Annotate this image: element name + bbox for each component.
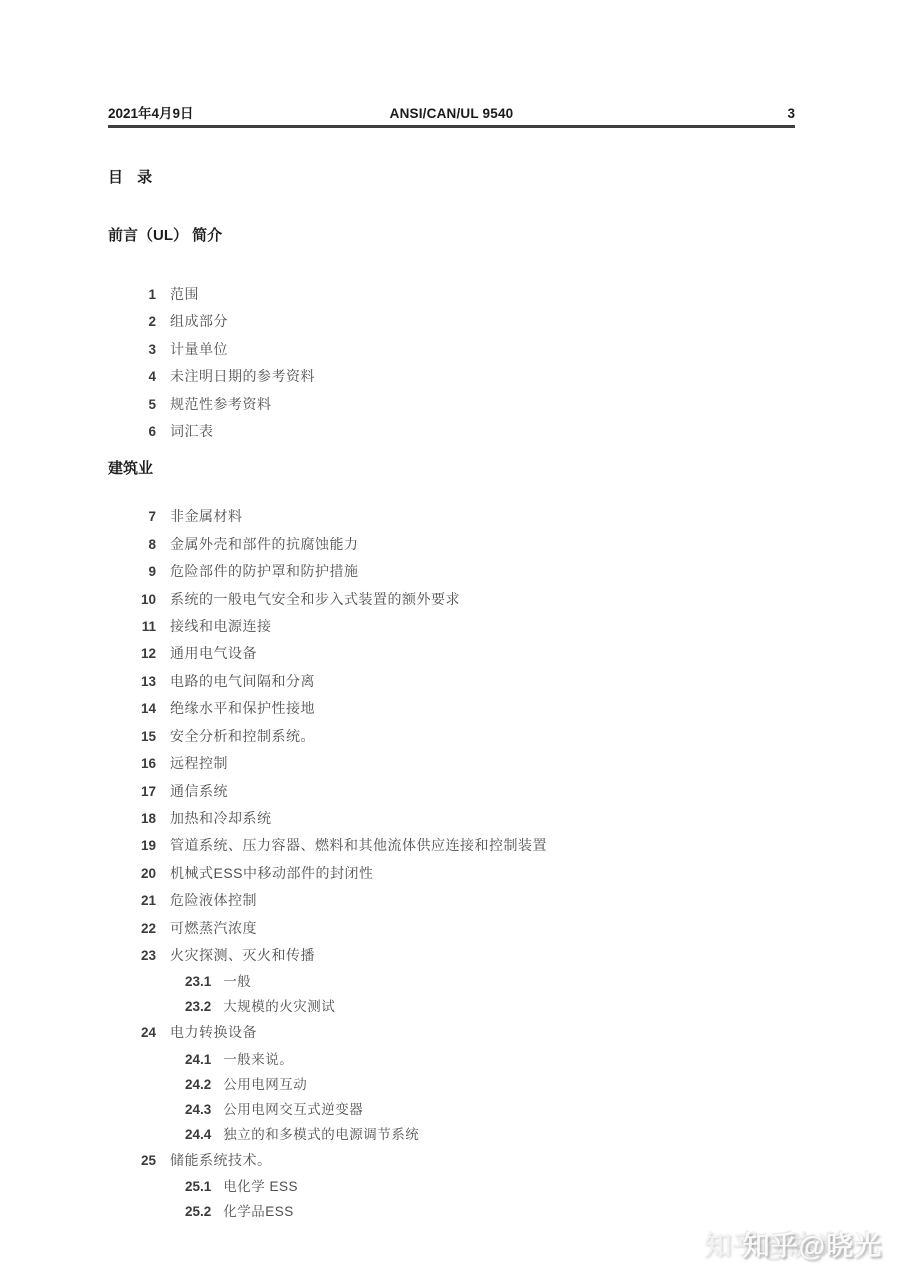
toc-item-label: 一般来说。 [223, 1047, 293, 1072]
toc-item-label: 一般 [223, 969, 251, 994]
toc-item-label: 独立的和多模式的电源调节系统 [223, 1122, 419, 1147]
toc-item: 23.1 一般 [108, 969, 795, 994]
toc-item-label: 系统的一般电气安全和步入式装置的额外要求 [170, 586, 460, 612]
toc-item-number: 23.1 [185, 969, 211, 994]
toc-item-label: 计量单位 [170, 336, 228, 362]
toc-item-label: 词汇表 [170, 418, 214, 444]
page-content: 2021年4月9日 ANSI/CAN/UL 9540 3 目 录 前言（UL） … [108, 0, 795, 1224]
toc-item-number: 24.2 [185, 1072, 211, 1097]
toc-item-label: 范围 [170, 281, 199, 307]
toc-list-foreword: 1 范围 2 组成部分 3 计量单位 4 未注 [108, 281, 795, 445]
toc-item-number: 1 [108, 282, 156, 308]
toc-item: 20 机械式ESS中移动部件的封闭性 [108, 860, 795, 887]
header-standard-title: ANSI/CAN/UL 9540 [316, 106, 587, 122]
toc-item-number: 3 [108, 337, 156, 363]
toc-item-label: 化学品ESS [223, 1199, 294, 1224]
toc-item-number: 20 [108, 861, 156, 887]
toc-item-number: 17 [108, 779, 156, 805]
toc-item-label: 非金属材料 [170, 503, 243, 529]
toc-item-label: 通信系统 [170, 778, 228, 804]
toc-item: 23 火灾探测、灭火和传播 [108, 942, 795, 969]
toc-item: 25 储能系统技术。 [108, 1147, 795, 1174]
toc-item: 22 可燃蒸汽浓度 [108, 915, 795, 942]
toc-item-number: 16 [108, 751, 156, 777]
watermark-text-shadow-copy: 知乎@晓光 [705, 1224, 844, 1263]
toc-item-number: 24 [108, 1020, 156, 1046]
toc-item-number: 12 [108, 641, 156, 667]
toc-item: 3 计量单位 [108, 336, 795, 363]
toc-item-number: 25.2 [185, 1199, 211, 1224]
toc-item: 6 词汇表 [108, 418, 795, 445]
toc-item-number: 11 [108, 614, 156, 640]
toc-item-label: 公用电网互动 [223, 1072, 307, 1097]
toc-item: 12 通用电气设备 [108, 640, 795, 667]
toc-item: 24 电力转换设备 [108, 1019, 795, 1046]
toc-item-label: 通用电气设备 [170, 640, 257, 666]
toc-item-number: 18 [108, 806, 156, 832]
toc-item: 10 系统的一般电气安全和步入式装置的额外要求 [108, 586, 795, 613]
toc-section-construction: 建筑业 7 非金属材料 8 金属外壳和部件的抗腐蚀能力 9 危险 [108, 459, 795, 1224]
header-rule [108, 125, 795, 128]
section-heading-construction: 建筑业 [108, 459, 795, 479]
toc-item: 1 范围 [108, 281, 795, 308]
toc-item-number: 2 [108, 309, 156, 335]
toc-item-number: 25.1 [185, 1174, 211, 1199]
toc-list-construction: 7 非金属材料 8 金属外壳和部件的抗腐蚀能力 9 危险部件的防护罩和防护措施 [108, 503, 795, 1224]
toc-item-number: 9 [108, 559, 156, 585]
toc-item-label: 储能系统技术。 [170, 1147, 272, 1173]
toc-item: 24.3 公用电网交互式逆变器 [108, 1097, 795, 1122]
toc-item: 19 管道系统、压力容器、燃料和其他流体供应连接和控制装置 [108, 832, 795, 859]
toc-item-label: 管道系统、压力容器、燃料和其他流体供应连接和控制装置 [170, 832, 547, 858]
toc-item: 9 危险部件的防护罩和防护措施 [108, 558, 795, 585]
toc-item: 24.4 独立的和多模式的电源调节系统 [108, 1122, 795, 1147]
toc-item-label: 规范性参考资料 [170, 391, 272, 417]
document-page: 2021年4月9日 ANSI/CAN/UL 9540 3 目 录 前言（UL） … [0, 0, 902, 1275]
toc-item: 15 安全分析和控制系统。 [108, 723, 795, 750]
toc-item-number: 24.1 [185, 1047, 211, 1072]
toc-item-label: 公用电网交互式逆变器 [223, 1097, 363, 1122]
toc-item-number: 25 [108, 1148, 156, 1174]
toc-item-number: 24.3 [185, 1097, 211, 1122]
toc-item: 16 远程控制 [108, 750, 795, 777]
toc-item-label: 可燃蒸汽浓度 [170, 915, 257, 941]
toc-item: 7 非金属材料 [108, 503, 795, 530]
toc-item-label: 远程控制 [170, 750, 228, 776]
toc-item: 5 规范性参考资料 [108, 391, 795, 418]
toc-item-label: 未注明日期的参考资料 [170, 363, 315, 389]
watermark: 知乎@晓光 知乎@晓光 [642, 1224, 882, 1268]
toc-item: 4 未注明日期的参考资料 [108, 363, 795, 390]
toc-item-label: 接线和电源连接 [170, 613, 272, 639]
toc-item: 24.1 一般来说。 [108, 1047, 795, 1072]
toc-item-number: 22 [108, 916, 156, 942]
toc-item-label: 组成部分 [170, 308, 228, 334]
toc-item: 25.1 电化学 ESS [108, 1174, 795, 1199]
toc-item-number: 5 [108, 392, 156, 418]
toc-item-number: 23.2 [185, 994, 211, 1019]
toc-item: 2 组成部分 [108, 308, 795, 335]
toc-item-label: 加热和冷却系统 [170, 805, 272, 831]
toc-item-label: 大规模的火灾测试 [223, 994, 335, 1019]
header-page-number: 3 [587, 106, 795, 122]
toc-item-label: 金属外壳和部件的抗腐蚀能力 [170, 531, 359, 557]
toc-item-number: 19 [108, 833, 156, 859]
toc-section-foreword: 前言（UL） 简介 1 范围 2 组成部分 3 计量单位 [108, 226, 795, 445]
toc-item: 11 接线和电源连接 [108, 613, 795, 640]
toc-item: 21 危险液体控制 [108, 887, 795, 914]
watermark-text: 知乎@晓光 [743, 1224, 882, 1263]
toc-item: 25.2 化学品ESS [108, 1199, 795, 1224]
toc-item-number: 8 [108, 532, 156, 558]
toc-item: 17 通信系统 [108, 778, 795, 805]
toc-item-number: 14 [108, 696, 156, 722]
toc-item-label: 危险部件的防护罩和防护措施 [170, 558, 359, 584]
toc-item: 8 金属外壳和部件的抗腐蚀能力 [108, 531, 795, 558]
toc-item: 24.2 公用电网互动 [108, 1072, 795, 1097]
toc-item-label: 电力转换设备 [170, 1019, 257, 1045]
toc-item-label: 机械式ESS中移动部件的封闭性 [170, 860, 374, 886]
toc-item-number: 4 [108, 364, 156, 390]
toc-item-number: 13 [108, 669, 156, 695]
header-date: 2021年4月9日 [108, 106, 316, 122]
toc-item: 23.2 大规模的火灾测试 [108, 994, 795, 1019]
section-heading-foreword: 前言（UL） 简介 [108, 226, 795, 246]
toc-item-number: 24.4 [185, 1122, 211, 1147]
toc-item-number: 10 [108, 587, 156, 613]
toc-item: 13 电路的电气间隔和分离 [108, 668, 795, 695]
toc-title: 目 录 [108, 168, 795, 188]
toc-item-label: 绝缘水平和保护性接地 [170, 695, 315, 721]
toc-item-number: 21 [108, 888, 156, 914]
toc-item: 18 加热和冷却系统 [108, 805, 795, 832]
toc-item-label: 电化学 ESS [223, 1174, 298, 1199]
page-header: 2021年4月9日 ANSI/CAN/UL 9540 3 [108, 106, 795, 122]
toc-item-number: 15 [108, 724, 156, 750]
toc-item: 14 绝缘水平和保护性接地 [108, 695, 795, 722]
toc-item-label: 电路的电气间隔和分离 [170, 668, 315, 694]
toc-item-label: 火灾探测、灭火和传播 [170, 942, 315, 968]
toc-item-number: 6 [108, 419, 156, 445]
toc-item-number: 7 [108, 504, 156, 530]
toc-item-number: 23 [108, 943, 156, 969]
toc-item-label: 危险液体控制 [170, 887, 257, 913]
toc-item-label: 安全分析和控制系统。 [170, 723, 315, 749]
